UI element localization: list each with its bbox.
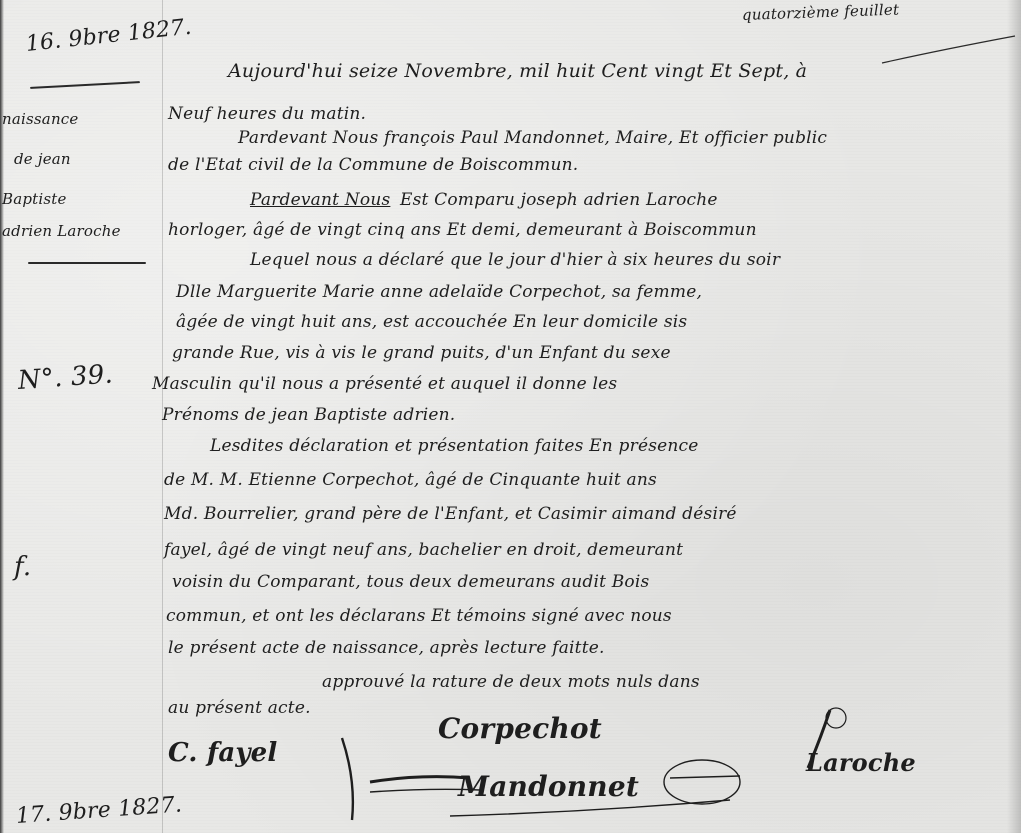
entry-number: N°. 39. [17, 359, 114, 396]
margin-title-line3: Baptiste [2, 190, 67, 208]
body-line-5: Pardevant Nous [250, 190, 390, 210]
body-line-3: Pardevant Nous françois Paul Mandonnet, … [238, 128, 827, 148]
header-flourish [880, 28, 1020, 68]
signature-corpechot: Corpechot [438, 712, 602, 745]
signature-mandonnet: Mandonnet [458, 770, 639, 803]
body-line-21: au présent acte. [168, 698, 311, 718]
next-entry-date-margin: 17. 9bre 1827. [15, 792, 183, 829]
body-line-19: le présent acte de naissance, après lect… [168, 638, 605, 658]
entry-date-margin: 16. 9bre 1827. [25, 15, 193, 57]
body-line-4: de l'Etat civil de la Commune de Boiscom… [168, 155, 578, 175]
body-line-2: Neuf heures du matin. [168, 104, 366, 124]
body-line-20: approuvé la rature de deux mots nuls dan… [322, 672, 700, 692]
margin-initial: f. [14, 552, 31, 582]
body-line-6: horloger, âgé de vingt cinq ans Et demi,… [168, 220, 757, 240]
page-header-folio: quatorzième feuillet [742, 1, 900, 24]
date-underline [30, 81, 140, 89]
body-line-15: Md. Bourrelier, grand père de l'Enfant, … [164, 504, 737, 524]
margin-title-line2: de jean [14, 150, 71, 168]
margin-title-line1: naissance [2, 110, 78, 128]
signature-laroche: Laroche [806, 748, 916, 777]
body-line-12: Prénoms de jean Baptiste adrien. [162, 405, 455, 425]
body-line-14: de M. M. Etienne Corpechot, âgé de Cinqu… [164, 470, 657, 490]
body-line-10: grande Rue, vis à vis le grand puits, d'… [172, 343, 671, 363]
signature-fayel: C. fayel [168, 738, 278, 768]
body-line-5-rest: Est Comparu joseph adrien Laroche [400, 190, 718, 210]
register-page: quatorzième feuillet 16. 9bre 1827. nais… [0, 0, 1021, 833]
body-line-18: commun, et ont les déclarans Et témoins … [166, 606, 672, 626]
body-line-17: voisin du Comparant, tous deux demeurans… [172, 572, 649, 592]
body-line-16: fayel, âgé de vingt neuf ans, bachelier … [164, 540, 683, 560]
margin-title-underline [28, 262, 146, 264]
margin-title-line4: adrien Laroche [2, 222, 121, 240]
body-line-11: Masculin qu'il nous a présenté et auquel… [152, 374, 617, 394]
body-line-7: Lequel nous a déclaré que le jour d'hier… [250, 250, 780, 270]
body-line-9: âgée de vingt huit ans, est accouchée En… [176, 312, 687, 332]
page-right-edge-shadow [1007, 0, 1021, 833]
body-line-1: Aujourd'hui seize Novembre, mil huit Cen… [228, 60, 807, 82]
body-line-13: Lesdites déclaration et présentation fai… [210, 436, 699, 456]
struck-words: Pardevant Nous [250, 190, 390, 210]
body-line-8: Dlle Marguerite Marie anne adelaïde Corp… [176, 282, 702, 302]
